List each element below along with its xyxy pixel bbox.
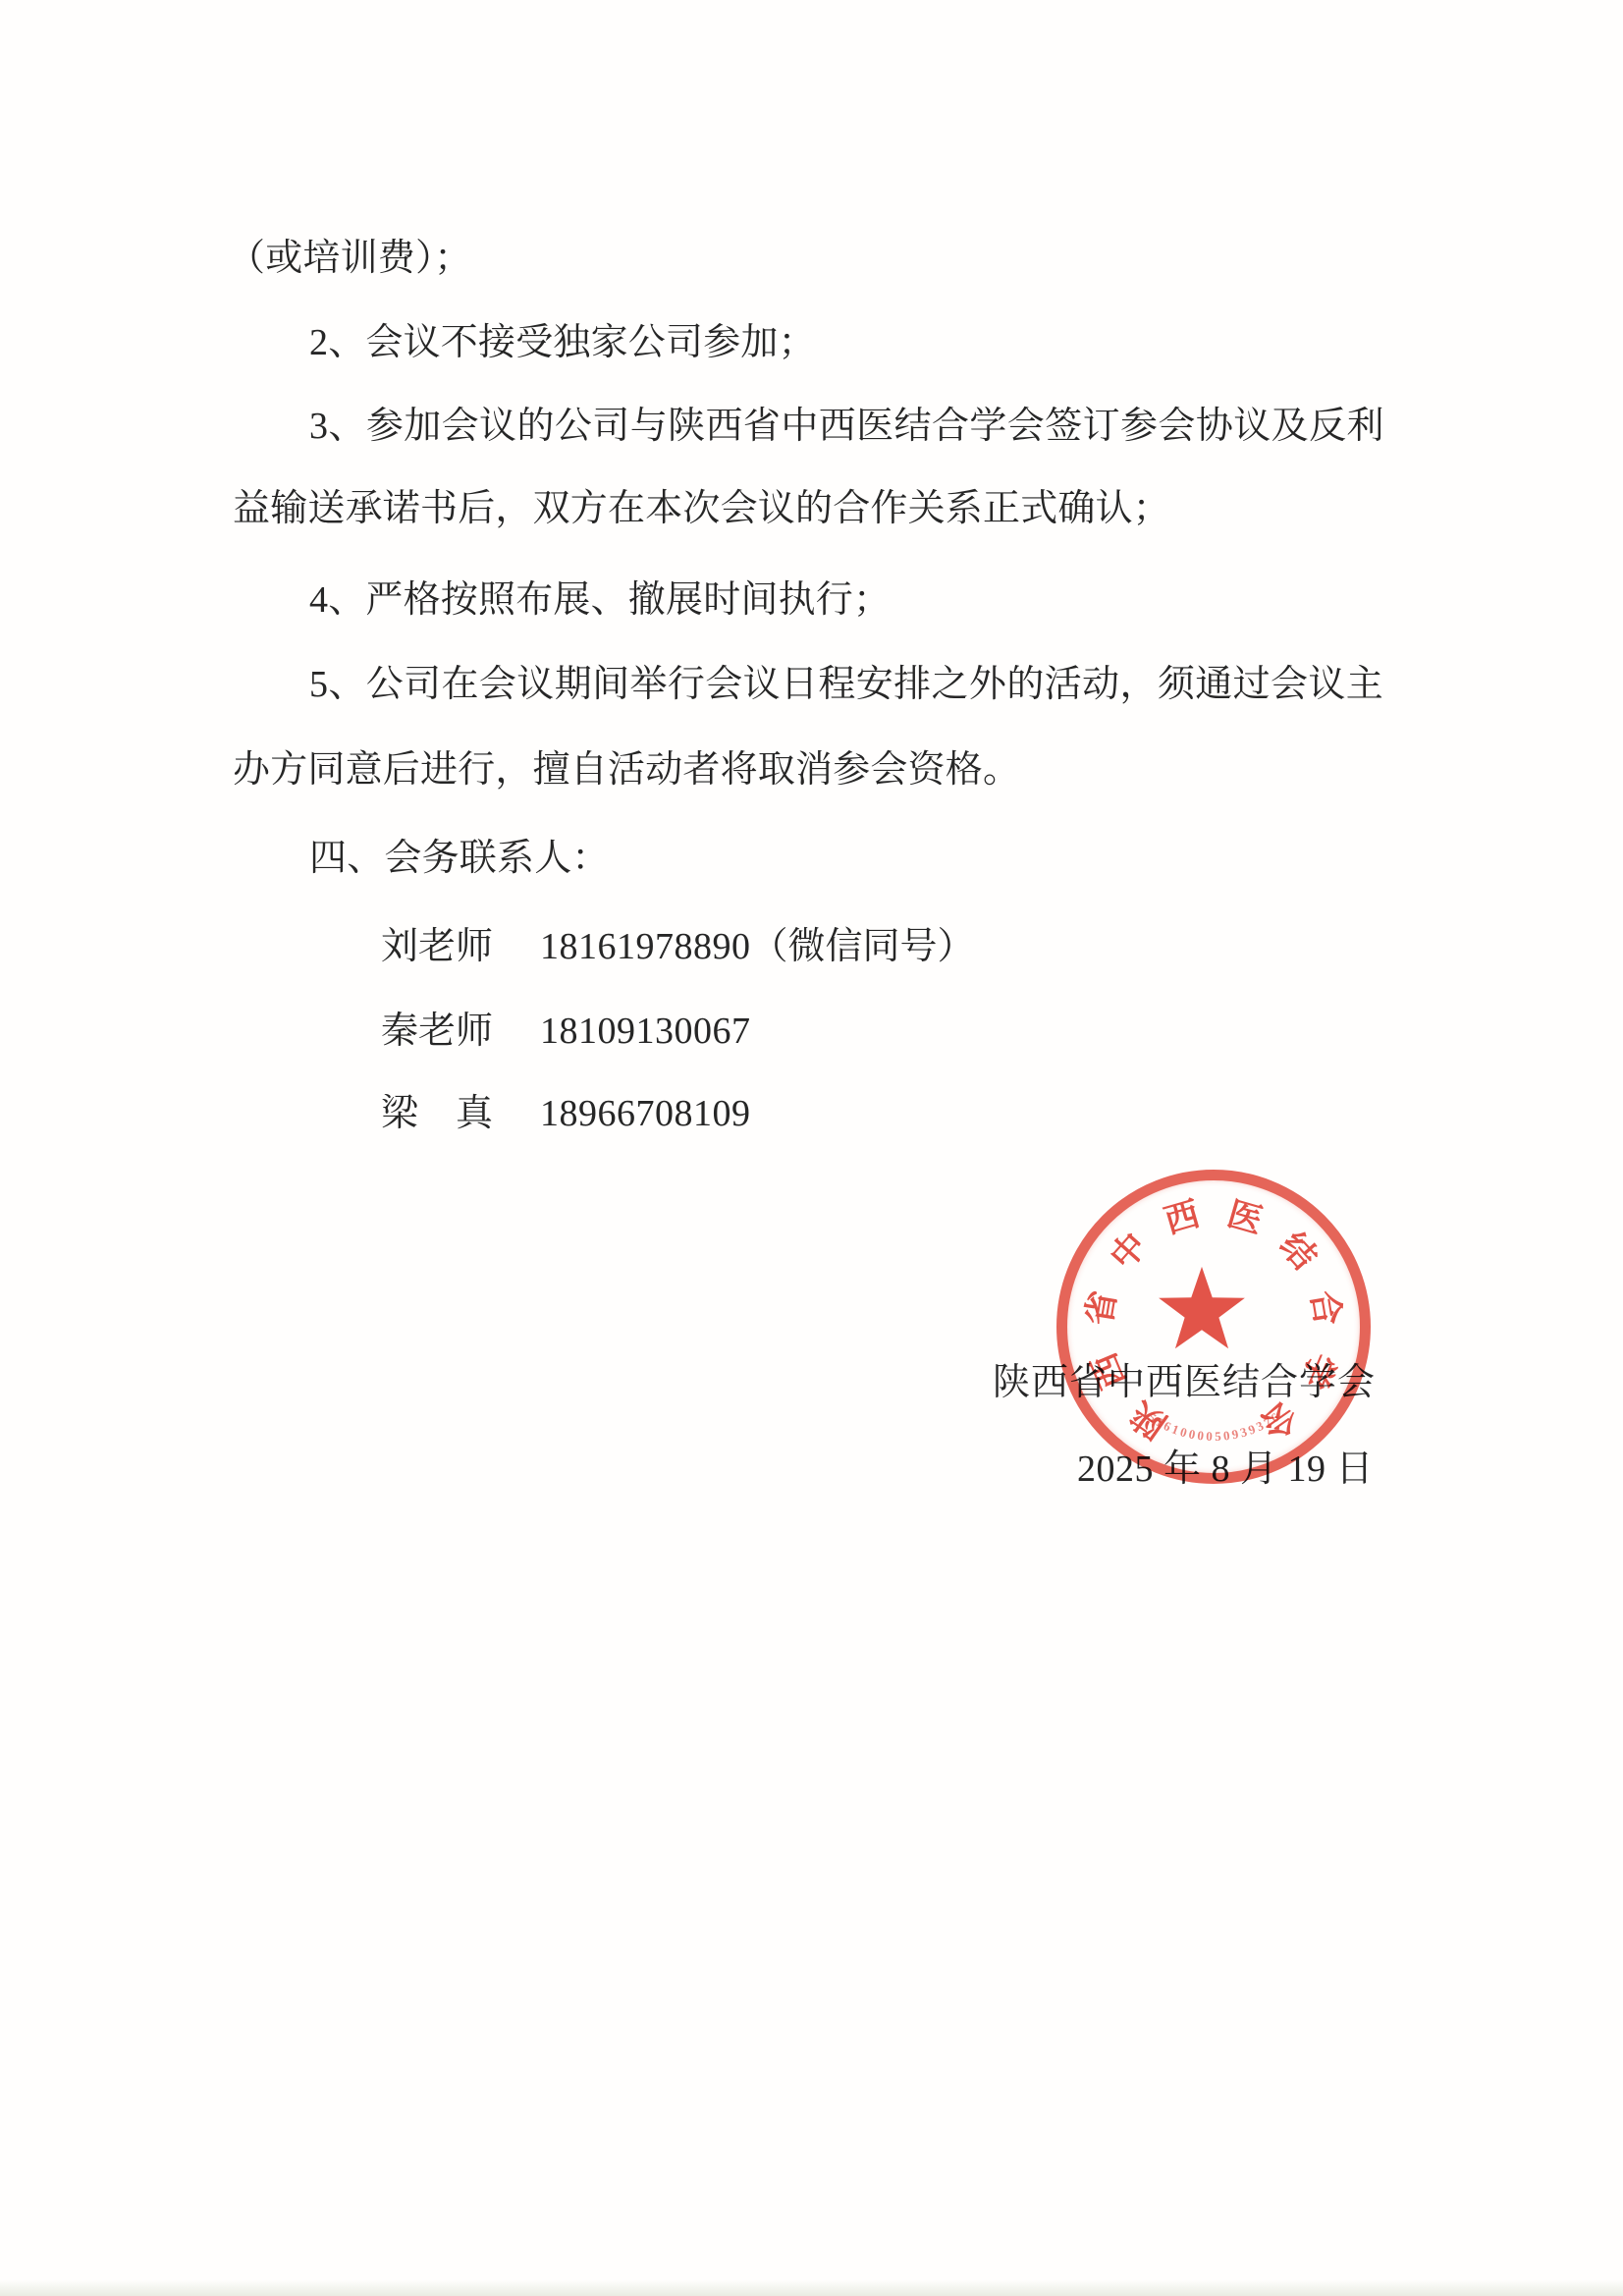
document-page: （或培训费）； 2、会议不接受独家公司参加； 3、参加会议的公司与陕西省中西医结… — [0, 0, 1623, 2296]
paragraph-line: 3、参加会议的公司与陕西省中西医结合学会签订参会协议及反利 — [309, 404, 1383, 449]
contact-name: 秦老师 — [381, 1009, 497, 1054]
contact-note: （微信同号） — [751, 924, 975, 969]
paragraph-line: 5、公司在会议期间举行会议日程安排之外的活动，须通过会议主 — [309, 662, 1383, 707]
contact-row: 刘老师 18161978890 （微信同号） — [381, 924, 975, 969]
contact-phone: 18109130067 — [540, 1009, 751, 1054]
contact-phone: 18161978890 — [540, 924, 751, 969]
scan-edge-shadow — [0, 2280, 1623, 2296]
contact-name: 梁 真 — [381, 1091, 497, 1136]
paragraph-line: 办方同意后进行，擅自活动者将取消参会资格。 — [233, 747, 1020, 793]
paragraph-line: 4、严格按照布展、撤展时间执行； — [309, 577, 891, 623]
seal-ring-char: 省 — [1077, 1285, 1122, 1331]
contact-row: 秦老师 18109130067 — [381, 1009, 751, 1054]
section-heading-contacts: 四、会务联系人： — [309, 836, 610, 881]
paragraph-line: （或培训费）； — [228, 236, 471, 281]
contact-phone: 18966708109 — [540, 1091, 751, 1136]
star-icon — [1155, 1265, 1249, 1359]
paragraph-line: 2、会议不接受独家公司参加； — [309, 320, 816, 365]
contact-row: 梁 真 18966708109 — [381, 1091, 751, 1136]
contact-name: 刘老师 — [381, 924, 497, 969]
seal-ring-char: 合 — [1305, 1285, 1350, 1331]
paragraph-line: 益输送承诺书后，双方在本次会议的合作关系正式确认； — [233, 486, 1170, 531]
official-seal: 陕西省中西医结合学会 5161000050939376 — [1056, 1170, 1371, 1484]
